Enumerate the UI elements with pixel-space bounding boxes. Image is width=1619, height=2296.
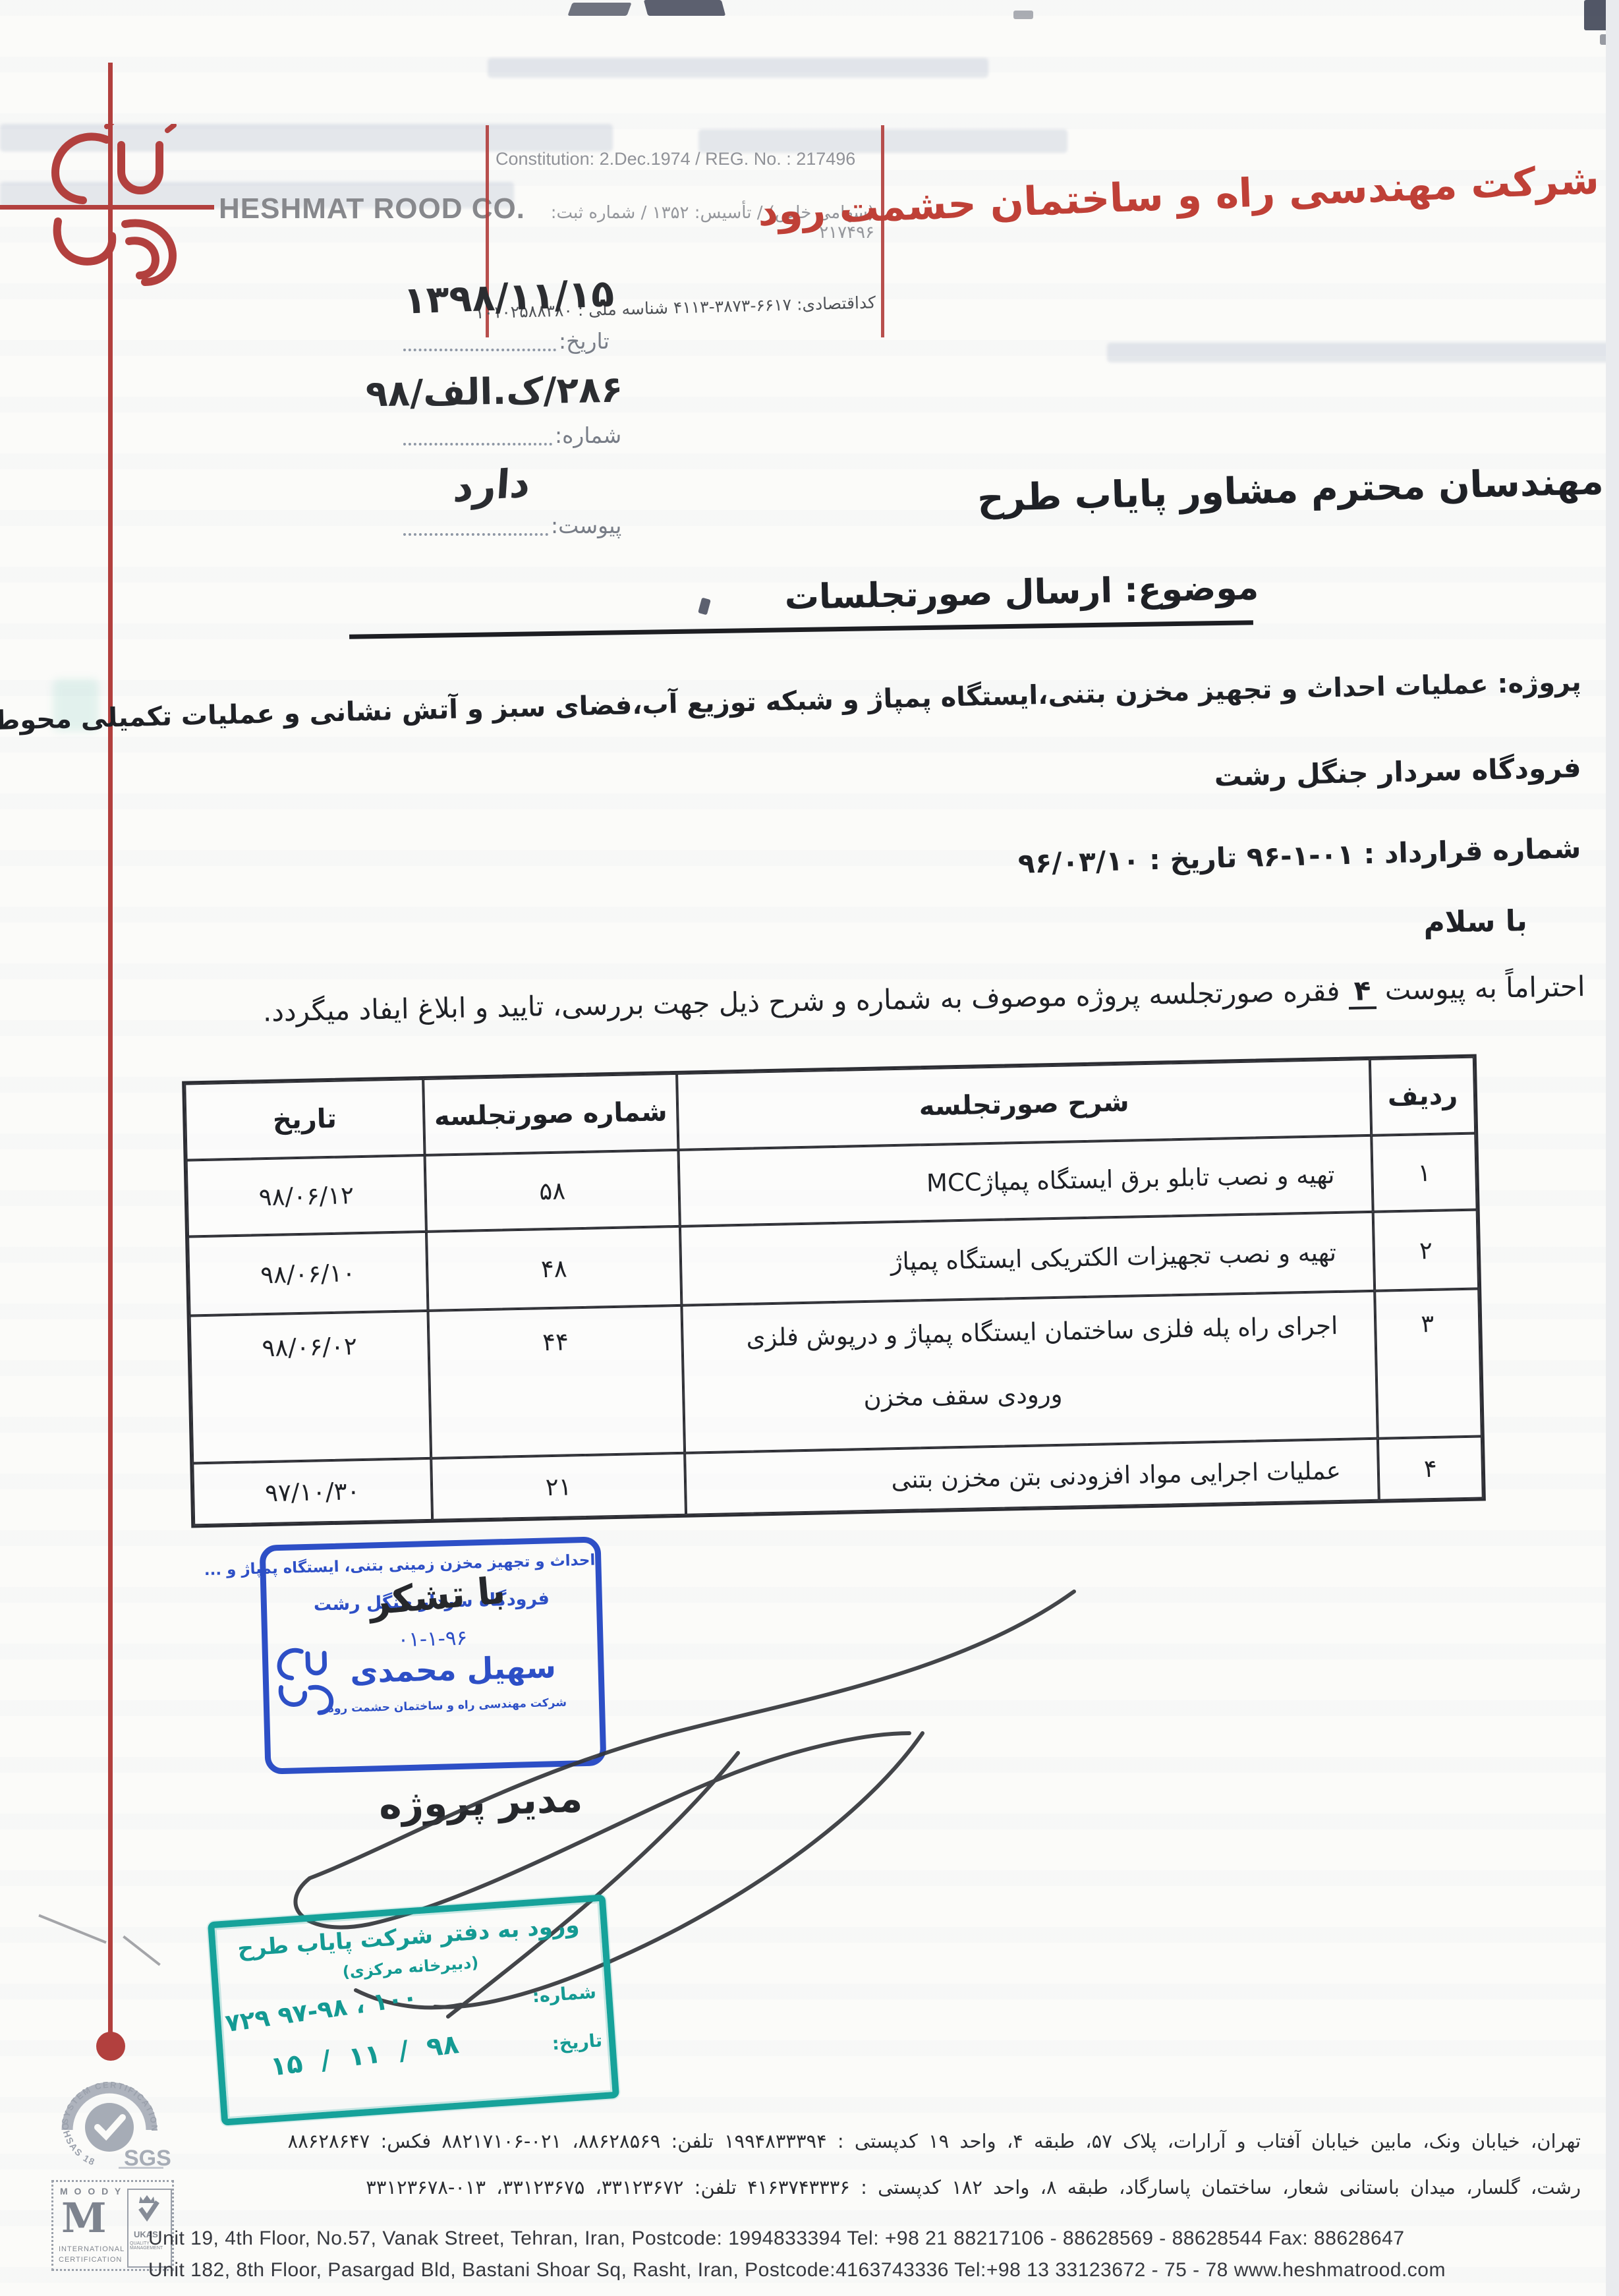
footer-address-en-tehran: Unit 19, 4th Floor, No.57, Vanak Street,… <box>148 2227 1405 2250</box>
scan-edge-band <box>1606 0 1619 2296</box>
subject-underline <box>349 620 1253 639</box>
table-row-no: ۱ <box>1371 1134 1477 1212</box>
scan-artifact <box>698 598 711 616</box>
project-location-line: فرودگاه سردار جنگل رشت <box>1214 751 1581 793</box>
scan-artifact <box>1013 11 1033 19</box>
entry-stamp-date-label: تاریخ: <box>552 2030 603 2054</box>
table-row-no: ۳ <box>1375 1289 1482 1439</box>
ukas-crown-check-icon <box>128 2190 168 2228</box>
footer-address-fa-rasht: رشت، گلسار، میدان باستانی شعار، ساختمان … <box>366 2176 1581 2198</box>
scan-artifact <box>1107 343 1619 362</box>
table-row-no: ۴ <box>1378 1436 1483 1500</box>
body-line: احتراماً به پیوست ۴ فقره صورتجلسه پروژه … <box>262 970 1585 1028</box>
date-label: تاریخ: <box>559 328 610 354</box>
salutation: با سلام <box>1423 904 1527 940</box>
pen-mark <box>38 1914 106 1944</box>
letterhead-rule-end-dot <box>96 2032 125 2061</box>
entry-stamp: ورود به دفتر شرکت پایاب طرح (دبیرخانه مر… <box>208 1894 619 2125</box>
subject-line: موضوع: ارسال صورتجلسات <box>784 568 1259 617</box>
table-header-number: شماره صورتجلسه <box>423 1074 678 1155</box>
table-row-no: ۲ <box>1373 1210 1479 1291</box>
constitution-line: Constitution: 2.Dec.1974 / REG. No. : 21… <box>496 149 855 169</box>
attachment-value: دارد <box>452 460 532 512</box>
table-row-number: ۵۸ <box>425 1150 680 1232</box>
scan-artifact <box>644 0 725 16</box>
table-row-number: ۴۴ <box>428 1306 685 1458</box>
number-label: شماره: <box>555 422 621 448</box>
table-header-description: شرح صورتجلسه <box>677 1059 1371 1150</box>
table-row-date: ۹۸/۰۶/۱۰ <box>188 1232 428 1316</box>
number-dotted-leader <box>403 442 552 445</box>
body-prefix: احتراماً به پیوست <box>1376 970 1585 1006</box>
attachment-label: پیوست: <box>551 513 621 538</box>
footer-address-en-rasht: Unit 182, 8th Floor, Pasargad Bld, Basta… <box>148 2259 1446 2282</box>
date-dotted-leader <box>403 348 556 351</box>
moody-sub1: INTERNATIONAL <box>59 2245 125 2253</box>
scan-artifact <box>488 58 988 78</box>
project-line: پروژه: عملیات احداث و تجهیز مخزن بتنی،ای… <box>0 667 1581 739</box>
table-row-description: تهیه و نصب تابلو برق ایستگاه پمپاژMCC <box>678 1135 1373 1226</box>
table-row-number: ۲۱ <box>431 1453 686 1520</box>
entry-stamp-number-label: شماره: <box>532 1982 597 2007</box>
body-attachment-count: ۴ <box>1348 974 1377 1010</box>
letterhead-vertical-rule <box>108 63 113 2046</box>
table-row-date: ۹۷/۱۰/۳۰ <box>192 1458 432 1526</box>
scan-artifact <box>567 3 631 16</box>
letter-number-value: ۲۸۶/ک.الف/۹۸ <box>365 368 623 415</box>
scanned-letter-page: HESHMAT ROOD CO. Constitution: 2.Dec.197… <box>0 0 1619 2296</box>
table-row-number: ۴۸ <box>426 1226 681 1311</box>
heshmat-rood-logo-icon <box>42 124 182 290</box>
company-name-en: HESHMAT ROOD CO. <box>219 192 525 225</box>
table-header-row-no: ردیف <box>1370 1057 1475 1135</box>
table-row-date: ۹۸/۰۶/۱۲ <box>186 1155 426 1237</box>
sgs-badge-icon: SYSTEM CERTIFICATION OHSAS 18001 SGS <box>53 2073 178 2173</box>
entry-stamp-date-value: ۱۵ / ۱۱ / ۹۸ <box>269 2029 461 2082</box>
letter-date-value: ۱۳۹۸/۱۱/۱۵ <box>403 272 615 322</box>
table-header-date: تاریخ <box>185 1079 424 1161</box>
moody-badge: M O O D Y M INTERNATIONAL CERTIFICATION … <box>51 2180 174 2271</box>
table-row-description: اجرای راه پله فلزی ساختمان ایستگاه پمپاژ… <box>681 1291 1377 1453</box>
moody-sub2: CERTIFICATION <box>59 2256 122 2264</box>
contract-line: شماره قرارداد : ۰۱-۱-۹۶ تاریخ : ۹۶/۰۳/۱۰ <box>1018 832 1582 880</box>
table-row-description: تهیه و نصب تجهیزات الکتریکی ایستگاه پمپا… <box>680 1212 1375 1306</box>
attachment-dotted-leader <box>403 532 548 536</box>
header-separator-right <box>881 125 884 337</box>
body-suffix: فقره صورتجلسه پروژه موصوف به شماره و شرح… <box>262 975 1349 1028</box>
entry-stamp-number-value: ۷۲۹ ۹۷-۹۸ ، ۱۰۰ <box>223 1983 419 2038</box>
minutes-table: ردیف شرح صورتجلسه شماره صورتجلسه تاریخ ۱… <box>182 1054 1486 1528</box>
pen-mark <box>123 1936 161 1966</box>
table-row-date: ۹۸/۰۶/۰۲ <box>190 1311 432 1464</box>
table-row-description-line1: اجرای راه پله فلزی ساختمان ایستگاه پمپاژ… <box>746 1311 1338 1352</box>
table-row-description-line2: ورودی سقف مخزن <box>863 1374 1340 1412</box>
footer-address-fa-tehran: تهران، خیابان ونک، مابین خیابان آفتاب و … <box>288 2130 1581 2152</box>
recipient-line: مهندسان محترم مشاور پایاب طرح <box>977 460 1605 521</box>
moody-m: M <box>61 2194 107 2242</box>
